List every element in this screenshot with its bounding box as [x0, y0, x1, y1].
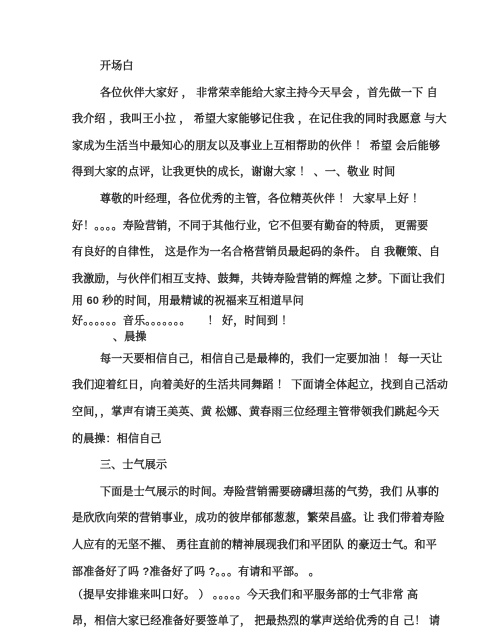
text-line: 家成为生活当中最知心的朋友以及事业上互相帮助的伙伴 ！ 希望 会后能够	[72, 140, 432, 167]
text-line: （提早安排谁来叫口好。 ） 。。。。。今天我们和平服务部的士气非常 高	[72, 589, 432, 616]
text-line: 用 60 秒的时间，用最精诚的祝福来互相道早问	[72, 295, 432, 315]
text-line: 昂，相信大家已经准备好要签单了， 把最热烈的掌声送给优秀的自 己！ 请	[72, 615, 432, 637]
text-line: 各位伙伴大家好 ， 非常荣幸能给大家主持今天早会 ，首先做一下 自	[72, 87, 432, 114]
text-line: 的晨操：相信自己	[72, 433, 432, 460]
text-line: 人应有的无坚不摧、 勇往直前的精神展现我们和平团队 的豪迈士气。和平	[72, 539, 432, 566]
text-line: 好！。。。。寿险营销，不同于其他行业，它不但要有勤奋的特质， 更需要	[72, 220, 432, 247]
text-line: 部准备好了吗 ?准备好了吗 ?。。。有请和平部。 。	[72, 566, 432, 589]
text-line: 好。。。。。。音乐。。。。。。。 ！ 好，时间到 ！	[72, 315, 432, 331]
text-line: 有良好的自律性， 这是作为一名合格营销员最起码的条件。 自 我鞭策、自	[72, 246, 432, 273]
text-line: 每一天要相信自己，相信自己是最棒的，我们一定要加油 ！ 每一天让	[72, 353, 432, 380]
text-line: 是欣欣向荣的营销事业，成功的彼岸郁郁葱葱，繁荣昌盛。让 我们带着寿险	[72, 512, 432, 539]
text-line: 我介绍 ，我叫王小拉 ， 希望大家能够记住我 ，在记住我的同时我愿意 与大	[72, 113, 432, 140]
text-line: 我激励，与伙伴们相互支持、鼓舞，共铸寿险营销的辉煌 之梦。下面让我们	[72, 273, 432, 295]
text-line: 三、士气展示	[72, 459, 432, 486]
text-line: 开场白	[72, 60, 432, 87]
text-line: 尊敬的叶经理，各位优秀的主管，各位精英伙伴 ！ 大家早上好 ！	[72, 193, 432, 220]
text-line: 下面是士气展示的时间。寿险营销需要磅礴坦荡的气势，我们 从事的	[72, 486, 432, 513]
document-page: 开场白 各位伙伴大家好 ， 非常荣幸能给大家主持今天早会 ，首先做一下 自 我介…	[0, 0, 500, 637]
text-line: 我们迎着红日，向着美好的生活共同舞蹈 ！ 下面请全体起立，找到自己活动	[72, 379, 432, 406]
text-line: 空间，，掌声有请王美英、黄 松娜、黄春雨三位经理主管带领我们跳起今天	[72, 406, 432, 433]
text-line: 、晨操	[72, 331, 432, 353]
text-line: 得到大家的点评，让我更快的成长，谢谢大家 ！ 、一、敬业 时间	[72, 166, 432, 193]
document-text-block: 开场白 各位伙伴大家好 ， 非常荣幸能给大家主持今天早会 ，首先做一下 自 我介…	[72, 60, 432, 637]
